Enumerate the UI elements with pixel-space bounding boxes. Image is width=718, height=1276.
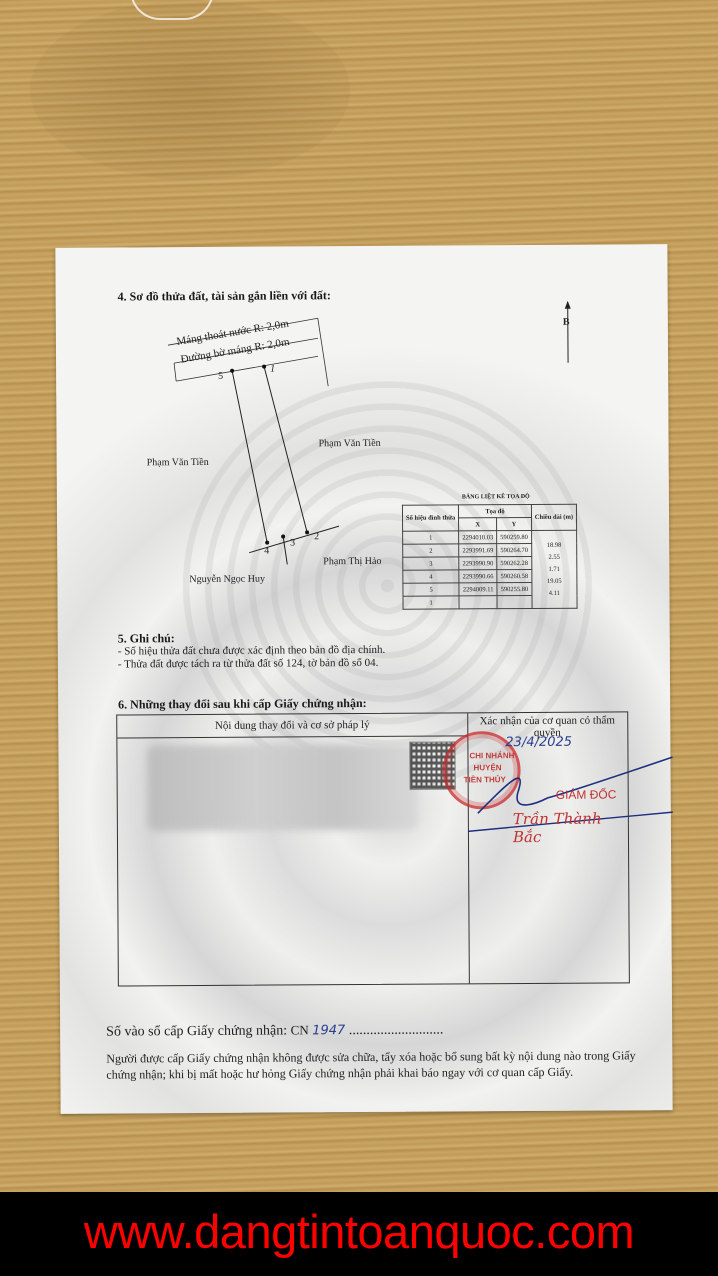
cell-x xyxy=(459,596,497,609)
note-1: - Số hiệu thửa đất chưa được xác định th… xyxy=(118,644,386,658)
header-coords: Tọa độ xyxy=(459,504,532,517)
redacted-content xyxy=(147,744,418,832)
cell-point: 2 xyxy=(403,544,459,557)
length-4-5: 19.05 xyxy=(535,575,573,587)
cell-lengths: 18.98 2.55 1.71 19.05 4.11 xyxy=(531,530,577,608)
cell-y: 590262.28 xyxy=(497,556,532,569)
vertex-5: 5 xyxy=(218,371,223,382)
cell-point: 4 xyxy=(403,570,459,583)
registration-label: Số vào sổ cấp Giấy chứng nhận: xyxy=(106,1023,287,1039)
registration-prefix: CN xyxy=(291,1022,309,1037)
section5-title: 5. Ghi chú: xyxy=(118,631,175,646)
coord-table-title: BẢNG LIỆT KÊ TỌA ĐỘ xyxy=(462,494,530,500)
watermark-banner: www.dangtintoanquoc.com xyxy=(0,1192,718,1276)
changes-table: Nội dung thay đổi và cơ sở pháp lý Xác n… xyxy=(116,711,630,986)
vertex-1: 1 xyxy=(270,364,275,375)
length-5-1: 4.11 xyxy=(535,587,573,599)
header-length: Chiều dài (m) xyxy=(531,504,576,530)
cell-y: 590255.80 xyxy=(497,582,532,595)
header-point: Số hiệu đỉnh thửa xyxy=(402,505,458,531)
cell-point: 3 xyxy=(403,557,459,570)
length-1-2: 18.98 xyxy=(535,539,573,551)
cell-y: 590259.80 xyxy=(497,530,532,543)
vertex-2: 2 xyxy=(314,531,319,542)
north-label: B xyxy=(563,317,570,328)
signer-name: Trần Thành Bắc xyxy=(513,809,628,846)
length-2-3: 2.55 xyxy=(535,551,573,563)
cell-point: 1 xyxy=(403,531,459,544)
table-row: 1 2294010.03 590259.80 18.98 2.55 1.71 1… xyxy=(403,530,577,544)
parcel-diagram xyxy=(55,244,669,628)
registration-line: Số vào sổ cấp Giấy chứng nhận: CN 1947 .… xyxy=(106,1022,443,1041)
neighbor-south-west: Nguyễn Ngọc Huy xyxy=(189,574,265,585)
cell-y: 590264.70 xyxy=(497,543,532,556)
registration-number: 1947 xyxy=(312,1023,345,1038)
cell-y: 590260.58 xyxy=(497,569,532,582)
cell-x: 2293991.69 xyxy=(459,544,497,557)
coord-table: Số hiệu đỉnh thửa Tọa độ Chiều dài (m) X… xyxy=(402,504,578,610)
changes-content-header: Nội dung thay đổi và cơ sở pháp lý xyxy=(117,713,467,738)
length-3-4: 1.71 xyxy=(535,563,573,575)
land-certificate-page: 4. Sơ đồ thửa đất, tài sản gắn liền với … xyxy=(55,244,672,1114)
neighbor-west: Phạm Văn Tiền xyxy=(147,457,209,468)
cell-point: 5 xyxy=(403,583,459,596)
header-x: X xyxy=(459,518,497,531)
certificate-footnote: Người được cấp Giấy chứng nhận không đượ… xyxy=(106,1047,646,1082)
registration-dots: ........................... xyxy=(349,1023,444,1039)
watermark-url: www.dangtintoanquoc.com xyxy=(0,1204,718,1259)
cell-x: 2293990.90 xyxy=(459,557,497,570)
section6-title: 6. Những thay đổi sau khi cấp Giấy chứng… xyxy=(118,696,367,713)
cell-y xyxy=(497,595,532,608)
cell-x: 2294010.03 xyxy=(459,531,497,544)
note-2: - Thửa đất được tách ra từ thửa đất số 1… xyxy=(118,657,378,671)
neighbor-south-east: Phạm Thị Hảo xyxy=(323,556,381,567)
cell-point: 1 xyxy=(403,596,459,609)
header-y: Y xyxy=(497,517,532,530)
vertex-4: 4 xyxy=(264,546,269,557)
signer-role: GIÁM ĐỐC xyxy=(556,787,617,801)
neighbor-east: Phạm Văn Tiền xyxy=(319,438,381,449)
glass-shadow xyxy=(30,0,350,180)
cell-x: 2293990.66 xyxy=(459,570,497,583)
vertex-3: 3 xyxy=(290,537,295,548)
cell-x: 2294009.11 xyxy=(459,583,497,596)
